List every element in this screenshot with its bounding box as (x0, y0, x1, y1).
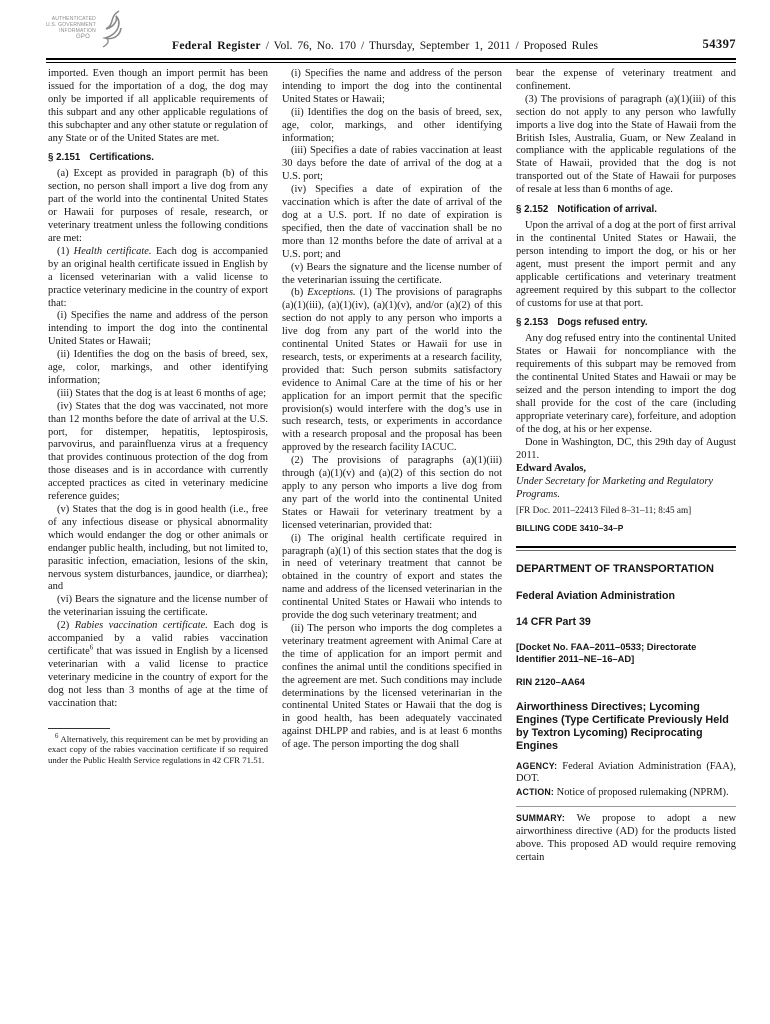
text-run: Edward Avalos, (516, 463, 586, 474)
text-run: (v) Bears the signature and the license … (282, 262, 502, 286)
paragraph-a1: (1) Health certificate. Each dog is acco… (48, 246, 268, 311)
department-heading: DEPARTMENT OF TRANSPORTATION (516, 563, 736, 576)
paragraph-a1-v: (v) States that the dog is in good healt… (48, 504, 268, 594)
text-run: (i) Specifies the name and address of th… (48, 310, 268, 347)
paragraph-a2-i: (i) Specifies the name and address of th… (282, 68, 502, 107)
text-run: (b) (291, 287, 307, 298)
paragraph-b2: (2) The provisions of paragraphs (a)(1)(… (282, 455, 502, 532)
signature-title: Under Secretary for Marketing and Regula… (516, 476, 736, 500)
text-run: (ii) The person who imports the dog comp… (282, 623, 502, 750)
text-run: ACTION: (516, 787, 554, 797)
paragraph-a2: (2) Rabies vaccination certificate. Each… (48, 620, 268, 710)
text-run: (iv) Specifies a date of expiration of t… (282, 184, 502, 260)
text-run: Airworthiness Directives; Lycoming Engin… (516, 701, 729, 753)
section-heading-2-153: § 2.153Dogs refused entry. (516, 317, 736, 328)
text-run: § 2.152 (516, 204, 548, 215)
footnote-6: 6 Alternatively, this requirement can be… (48, 734, 268, 766)
text-run: (3) The provisions of paragraph (a)(1)(i… (516, 94, 736, 195)
paragraph-a2-ii: (ii) Identifies the dog on the basis of … (282, 107, 502, 146)
masthead-title: Federal Register (172, 39, 261, 52)
section-heading-2-152: § 2.152Notification of arrival. (516, 204, 736, 215)
masthead: Federal Register / Vol. 76, No. 170 / Th… (0, 39, 770, 52)
text-run: (v) States that the dog is in good healt… (48, 504, 268, 592)
text-run: (1) The provisions of paragraphs (a)(1)(… (282, 287, 502, 453)
text-run: 14 CFR Part 39 (516, 616, 591, 628)
text-run: Exceptions. (307, 287, 355, 298)
masthead-volume-info: / Vol. 76, No. 170 / Thursday, September… (261, 39, 598, 52)
text-run: Dogs refused entry. (557, 317, 647, 328)
text-run: Rabies vaccination certificate. (75, 620, 208, 631)
text-run: (iii) States that the dog is at least 6 … (57, 388, 266, 399)
summary-separator-rule (516, 806, 736, 807)
docket-number: [Docket No. FAA–2011–0533; Directorate I… (516, 641, 736, 664)
column-1: imported. Even though an import permit h… (48, 68, 268, 1020)
paragraph-a: (a) Except as provided in paragraph (b) … (48, 168, 268, 245)
paragraph-a2-iv: (iv) Specifies a date of expiration of t… (282, 184, 502, 261)
text-run: (i) Specifies the name and address of th… (282, 68, 502, 105)
rin-number: RIN 2120–AA64 (516, 676, 736, 688)
text-run: imported. Even though an import permit h… (48, 68, 268, 144)
text-run: (ii) Identifies the dog on the basis of … (282, 107, 502, 144)
paragraph-a2-iii: (iii) Specifies a date of rabies vaccina… (282, 145, 502, 184)
text-run: Upon the arrival of a dog at the port of… (516, 220, 736, 308)
text-run: Notice of proposed rulemaking (NPRM). (554, 787, 729, 798)
text-run: BILLING CODE 3410–34–P (516, 523, 623, 533)
agency-subheading: Federal Aviation Administration (516, 590, 736, 603)
paragraph-2-152: Upon the arrival of a dog at the port of… (516, 220, 736, 310)
text-run: § 2.151 (48, 152, 80, 163)
cfr-part-heading: 14 CFR Part 39 (516, 616, 736, 629)
text-run: (a) Except as provided in paragraph (b) … (48, 168, 268, 244)
text-run: (2) The provisions of paragraphs (a)(1)(… (282, 455, 502, 531)
paragraph-bear-expense: bear the expense of veterinary treatment… (516, 68, 736, 94)
footnote-separator (48, 728, 110, 729)
text-run: Notification of arrival. (557, 204, 657, 215)
text-run: § 2.153 (516, 317, 548, 328)
text-run: Certifications. (89, 152, 154, 163)
paragraph-a1-ii: (ii) Identifies the dog on the basis of … (48, 349, 268, 388)
text-run: [Docket No. FAA–2011–0533; Directorate I… (516, 641, 696, 664)
paragraph-b1: (b) Exceptions. (1) The provisions of pa… (282, 287, 502, 455)
signature-name: Edward Avalos, (516, 463, 736, 476)
column-3: bear the expense of veterinary treatment… (516, 68, 736, 1020)
header-rule (46, 58, 736, 63)
text-run: SUMMARY: (516, 813, 565, 823)
text-run: (ii) Identifies the dog on the basis of … (48, 349, 268, 386)
text-run: Health certificate. (74, 246, 152, 257)
rule-title: Airworthiness Directives; Lycoming Engin… (516, 701, 736, 754)
section-heading-2-151: § 2.151Certifications. (48, 152, 268, 163)
column-2: (i) Specifies the name and address of th… (282, 68, 502, 1020)
gpo-logo-text: AUTHENTICATED U.S. GOVERNMENT INFORMATIO… (46, 16, 96, 40)
paragraph-b2-i: (i) The original health certificate requ… (282, 533, 502, 623)
agency-paragraph: AGENCY: Federal Aviation Administration … (516, 760, 736, 787)
text-run: Alternatively, this requirement can be m… (48, 734, 268, 766)
text-run: Under Secretary for Marketing and Regula… (516, 476, 713, 499)
text-run: (iv) States that the dog was vaccinated,… (48, 401, 268, 502)
text-run: (vi) Bears the signature and the license… (48, 594, 268, 618)
paragraph-a1-iv: (iv) States that the dog was vaccinated,… (48, 401, 268, 504)
fr-doc-line: [FR Doc. 2011–22413 Filed 8–31–11; 8:45 … (516, 504, 736, 517)
text-run: Done in Washington, DC, this 29th day of… (516, 437, 736, 461)
paragraph-a1-vi: (vi) Bears the signature and the license… (48, 594, 268, 620)
paragraph-done: Done in Washington, DC, this 29th day of… (516, 437, 736, 463)
text-run: (2) (57, 620, 75, 631)
text-run: (i) The original health certificate requ… (282, 533, 502, 621)
billing-code: BILLING CODE 3410–34–P (516, 522, 736, 535)
paragraph-b3: (3) The provisions of paragraph (a)(1)(i… (516, 94, 736, 197)
text-run: bear the expense of veterinary treatment… (516, 68, 736, 92)
paragraph-imported: imported. Even though an import permit h… (48, 68, 268, 145)
federal-register-page: AUTHENTICATED U.S. GOVERNMENT INFORMATIO… (0, 0, 770, 1024)
action-paragraph: ACTION: Notice of proposed rulemaking (N… (516, 786, 736, 800)
paragraph-a1-i: (i) Specifies the name and address of th… (48, 310, 268, 349)
document-separator-rule (516, 546, 736, 551)
text-run: Any dog refused entry into the continent… (516, 333, 736, 434)
page-number: 54397 (703, 37, 736, 52)
text-run: Federal Aviation Administration (516, 590, 675, 602)
paragraph-b2-ii: (ii) The person who imports the dog comp… (282, 623, 502, 752)
paragraph-a1-iii: (iii) States that the dog is at least 6 … (48, 388, 268, 401)
text-run: RIN 2120–AA64 (516, 676, 585, 687)
text-run: (1) (57, 246, 74, 257)
text-run: [FR Doc. 2011–22413 Filed 8–31–11; 8:45 … (516, 505, 691, 515)
page-body: imported. Even though an import permit h… (48, 68, 736, 1020)
text-run: AGENCY: (516, 761, 557, 771)
text-run: (iii) Specifies a date of rabies vaccina… (282, 145, 502, 182)
summary-paragraph: SUMMARY: We propose to adopt a new airwo… (516, 812, 736, 865)
paragraph-a2-v: (v) Bears the signature and the license … (282, 262, 502, 288)
paragraph-2-153: Any dog refused entry into the continent… (516, 333, 736, 436)
text-run: DEPARTMENT OF TRANSPORTATION (516, 563, 714, 575)
